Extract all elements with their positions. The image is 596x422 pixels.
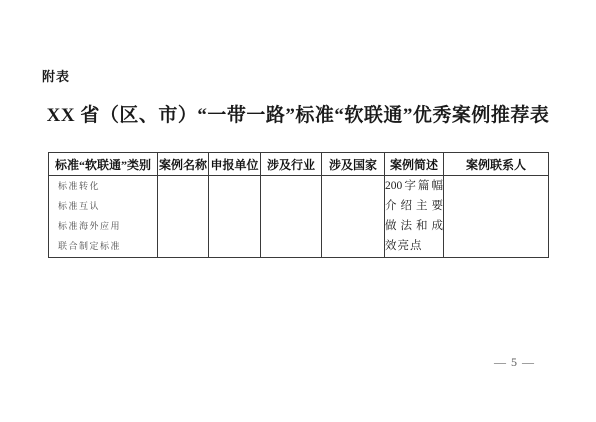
header-country: 涉及国家 <box>322 153 385 176</box>
header-case-contact: 案例联系人 <box>444 153 549 176</box>
header-industry: 涉及行业 <box>261 153 322 176</box>
summary-line: 200字篇幅 <box>385 176 443 196</box>
cell-case-summary: 200字篇幅 介绍主要 做法和成 效亮点 <box>385 176 444 258</box>
cell-category-list: 标准转化 标准互认 标准海外应用 联合制定标准 <box>49 176 158 258</box>
cell-case-contact <box>444 176 549 258</box>
table-body-row: 标准转化 标准互认 标准海外应用 联合制定标准 200字篇幅 介绍主要 做法和成… <box>49 176 549 258</box>
summary-line: 效亮点 <box>385 236 443 256</box>
cell-industry <box>261 176 322 258</box>
header-category: 标准“软联通”类别 <box>49 153 158 176</box>
cell-case-name <box>158 176 209 258</box>
page-title: XX 省（区、市）“一带一路”标准“软联通”优秀案例推荐表 <box>0 100 596 127</box>
cell-applicant-unit <box>209 176 261 258</box>
cell-country <box>322 176 385 258</box>
page-number: — 5 — <box>494 355 535 370</box>
header-case-summary: 案例简述 <box>385 153 444 176</box>
summary-line: 做法和成 <box>385 216 443 236</box>
category-item: 标准海外应用 <box>49 216 157 236</box>
category-item: 联合制定标准 <box>49 236 157 256</box>
document-page: 附表 XX 省（区、市）“一带一路”标准“软联通”优秀案例推荐表 标准“软联通”… <box>0 0 596 422</box>
appendix-label: 附表 <box>42 66 70 85</box>
recommendation-table: 标准“软联通”类别 案例名称 申报单位 涉及行业 涉及国家 案例简述 案例联系人… <box>48 152 549 258</box>
category-item: 标准互认 <box>49 196 157 216</box>
table-header-row: 标准“软联通”类别 案例名称 申报单位 涉及行业 涉及国家 案例简述 案例联系人 <box>49 153 549 176</box>
header-applicant-unit: 申报单位 <box>209 153 261 176</box>
category-item: 标准转化 <box>49 176 157 196</box>
header-case-name: 案例名称 <box>158 153 209 176</box>
summary-line: 介绍主要 <box>385 196 443 216</box>
